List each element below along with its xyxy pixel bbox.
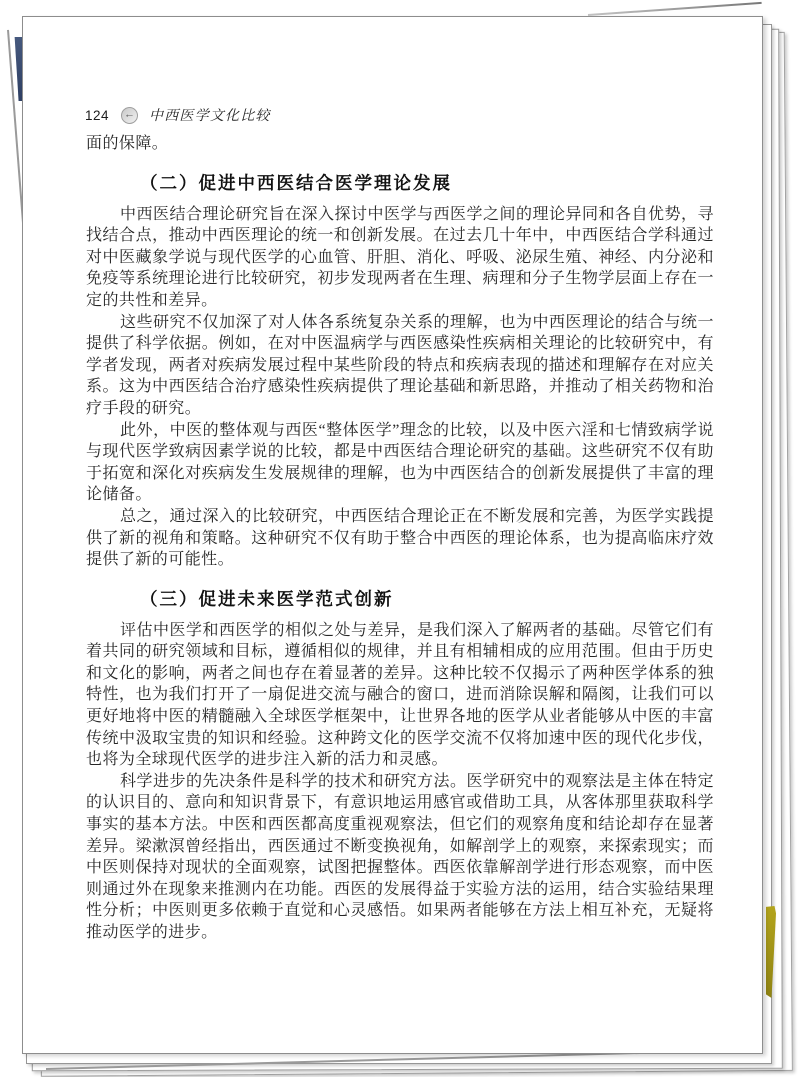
section-heading-3: （三）促进未来医学范式创新	[86, 587, 714, 611]
page-number: 124	[85, 108, 109, 123]
page-body: 面的保障。 （二）促进中西医结合医学理论发展 中西医结合理论研究旨在深入探讨中医…	[86, 133, 714, 944]
book-title: 中西医学文化比较	[149, 105, 271, 125]
paragraph: 评估中医学和西医学的相似之处与差异，是我们深入了解两者的基础。尽管它们有着共同的…	[86, 620, 714, 771]
back-arrow-glyph: ←	[124, 109, 135, 120]
paragraph: 科学进步的先决条件是科学的技术和研究方法。医学研究中的观察法是主体在特定的认识目…	[86, 771, 714, 944]
page-header: 124 ← 中西医学文化比较	[85, 105, 271, 125]
back-arrow-icon: ←	[121, 107, 138, 124]
section-heading-2: （二）促进中西医结合医学理论发展	[86, 171, 714, 195]
paragraph: 此外，中医的整体观与西医“整体医学”理念的比较，以及中医六淫和七情致病学说与现代…	[86, 420, 714, 506]
paragraph-continued: 面的保障。	[86, 133, 714, 155]
blue-bookmark	[13, 37, 22, 101]
book-page: 124 ← 中西医学文化比较 面的保障。 （二）促进中西医结合医学理论发展 中西…	[22, 16, 763, 1054]
paragraph: 总之，通过深入的比较研究，中西医结合理论正在不断发展和完善，为医学实践提供了新的…	[86, 506, 714, 571]
paragraph: 这些研究不仅加深了对人体各系统复杂关系的理解，也为中西医理论的结合与统一提供了科…	[86, 312, 714, 420]
paragraph: 中西医结合理论研究旨在深入探讨中医学与西医学之间的理论异同和各自优势，寻找结合点…	[86, 204, 714, 312]
